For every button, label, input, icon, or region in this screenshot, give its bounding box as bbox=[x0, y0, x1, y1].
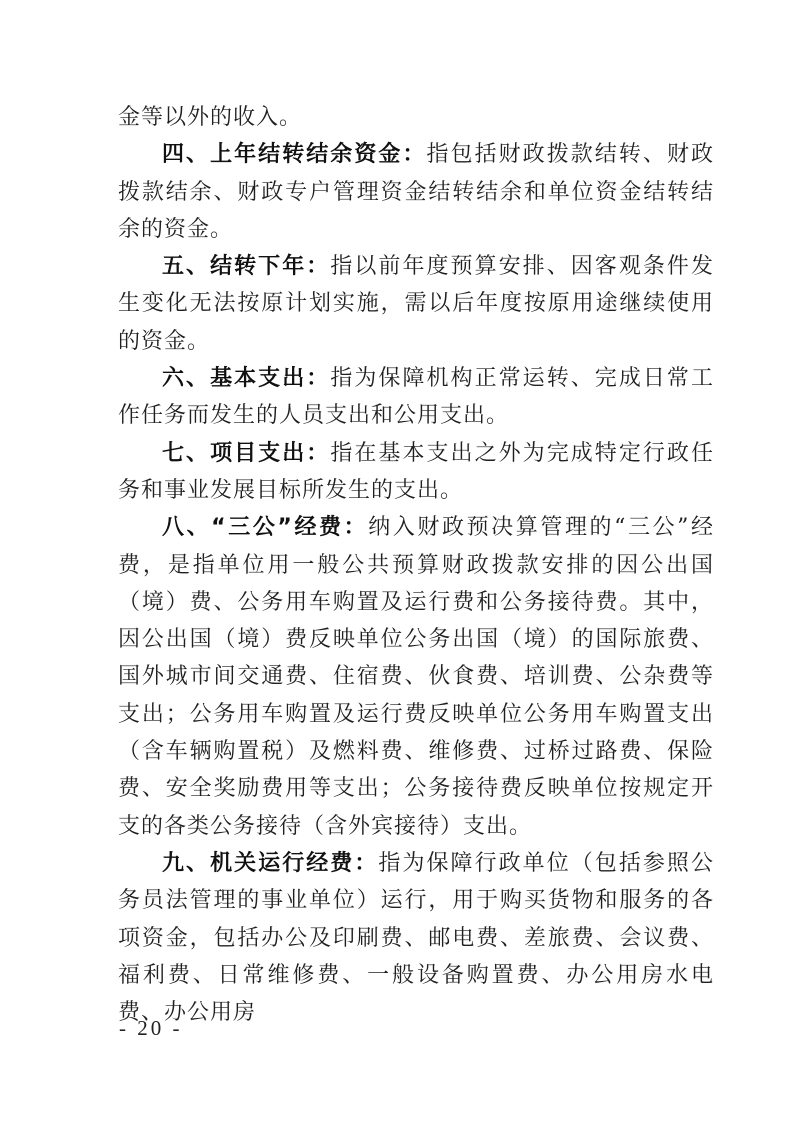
paragraph-heading: 四、上年结转结余资金： bbox=[162, 142, 427, 167]
paragraph-heading: 九、机关运行经费： bbox=[162, 851, 378, 876]
paragraph-text: 指为保障行政单位（包括参照公务员法管理的事业单位）运行，用于购买货物和服务的各项… bbox=[118, 851, 714, 1025]
document-body: 金等以外的收入。 四、上年结转结余资金：指包括财政拨款结转、财政拨款结余、财政专… bbox=[118, 99, 714, 1031]
paragraph-item-8: 八、“三公”经费：纳入财政预决算管理的“三公”经费，是指单位用一般公共预算财政拨… bbox=[118, 509, 714, 845]
paragraph-heading: 八、“三公”经费： bbox=[162, 515, 368, 540]
page-number: - 20 - bbox=[119, 1014, 183, 1042]
paragraph-item-4: 四、上年结转结余资金：指包括财政拨款结转、财政拨款结余、财政专户管理资金结转结余… bbox=[118, 136, 714, 248]
paragraph-text: 纳入财政预决算管理的“三公”经费，是指单位用一般公共预算财政拨款安排的因公出国（… bbox=[118, 515, 714, 838]
paragraph-heading: 五、结转下年： bbox=[162, 254, 330, 279]
paragraph-item-7: 七、项目支出：指在基本支出之外为完成特定行政任务和事业发展目标所发生的支出。 bbox=[118, 435, 714, 510]
paragraph-item-6: 六、基本支出：指为保障机构正常运转、完成日常工作任务而发生的人员支出和公用支出。 bbox=[118, 360, 714, 435]
paragraph-text: 金等以外的收入。 bbox=[118, 105, 302, 130]
paragraph-heading: 七、项目支出： bbox=[162, 441, 330, 466]
document-page: 金等以外的收入。 四、上年结转结余资金：指包括财政拨款结转、财政拨款结余、财政专… bbox=[0, 0, 793, 1122]
paragraph-heading: 六、基本支出： bbox=[162, 366, 330, 391]
paragraph-item-5: 五、结转下年：指以前年度预算安排、因客观条件发生变化无法按原计划实施，需以后年度… bbox=[118, 248, 714, 360]
paragraph-item-9: 九、机关运行经费：指为保障行政单位（包括参照公务员法管理的事业单位）运行，用于购… bbox=[118, 845, 714, 1031]
paragraph-continuation: 金等以外的收入。 bbox=[118, 99, 714, 136]
